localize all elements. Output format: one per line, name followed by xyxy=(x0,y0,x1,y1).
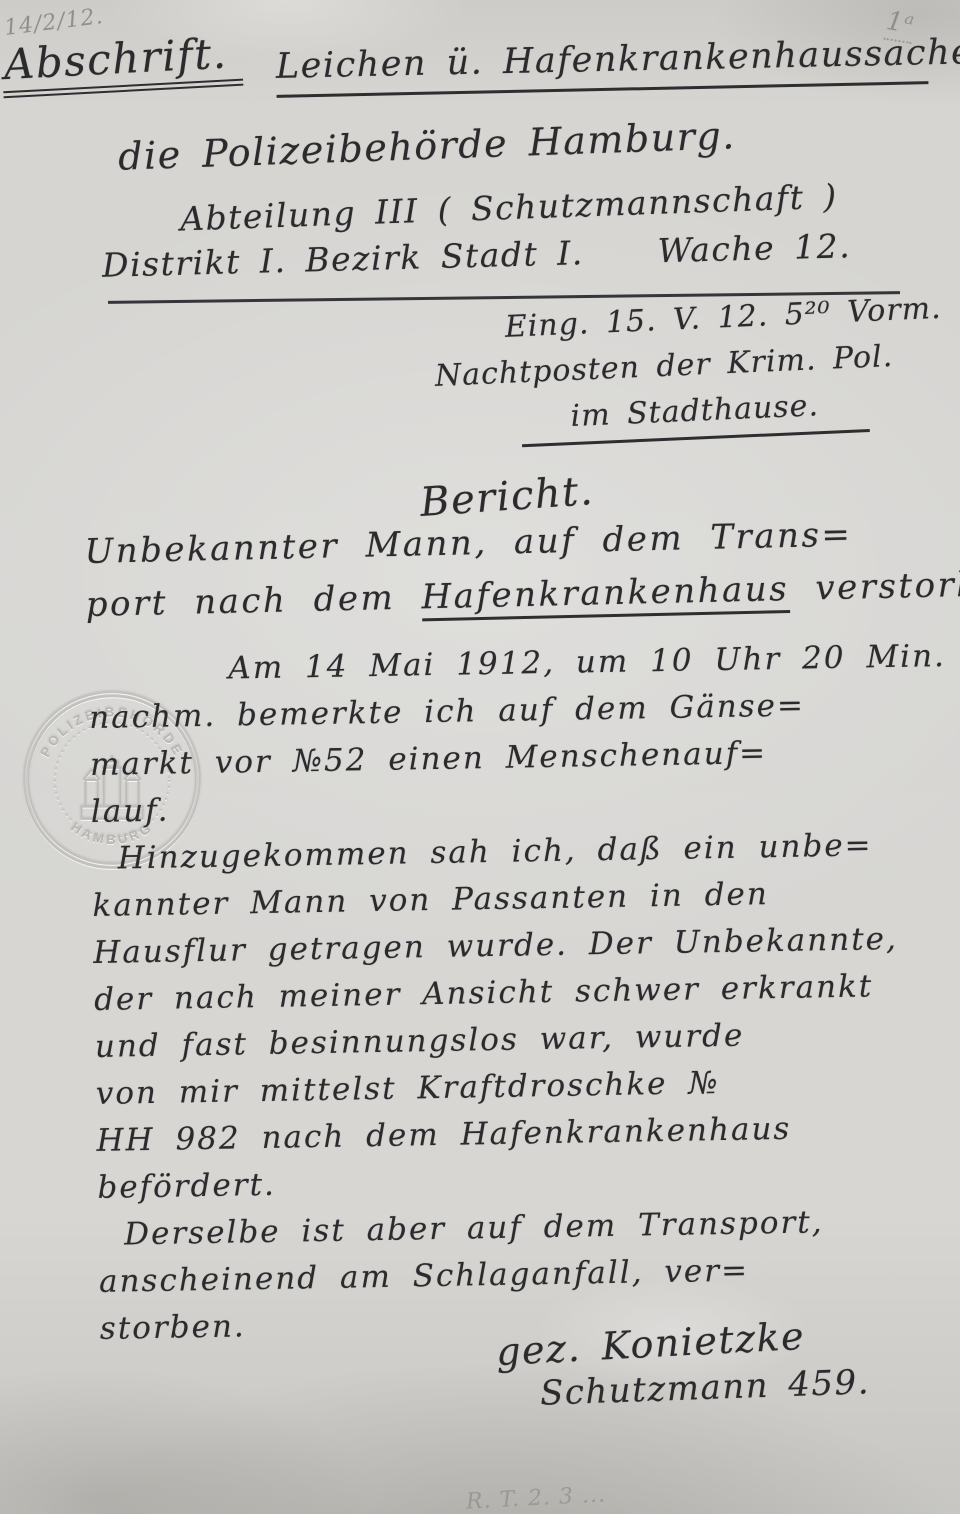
subject-line2-underlined: Hafenkrankenhaus xyxy=(421,569,790,621)
pencil-bottom-note: R. T. 2. 3 ... xyxy=(465,1482,606,1514)
report-body: Am 14 Mai 1912, um 10 Uhr 20 Min. nachm.… xyxy=(88,633,960,1353)
subject-line2-pre: port nach dem xyxy=(85,577,422,625)
receipt-note: Eing. 15. V. 12. 5²⁰ Vorm. Nachtposten d… xyxy=(432,286,947,451)
scanned-document-page: POLIZEIBEHÖRDE HAMBURG 14/2/12. 1ᵃ Absch… xyxy=(0,0,960,1514)
district-label: Distrikt I. Bezirk Stadt I. xyxy=(102,233,585,285)
addressee-line: die Polizeibehörde Hamburg. xyxy=(117,113,736,179)
report-subject: Unbekannter Mann, auf dem Trans= port na… xyxy=(84,504,960,632)
signature-rank: Schutzmann 459. xyxy=(539,1362,870,1413)
copy-label: Abschrift. xyxy=(1,28,243,98)
file-subject-heading: Leichen ü. Hafenkrankenhaussache. xyxy=(276,33,929,98)
subject-line2-post: verstorben. xyxy=(789,563,960,609)
station-label: Wache 12. xyxy=(657,226,851,270)
